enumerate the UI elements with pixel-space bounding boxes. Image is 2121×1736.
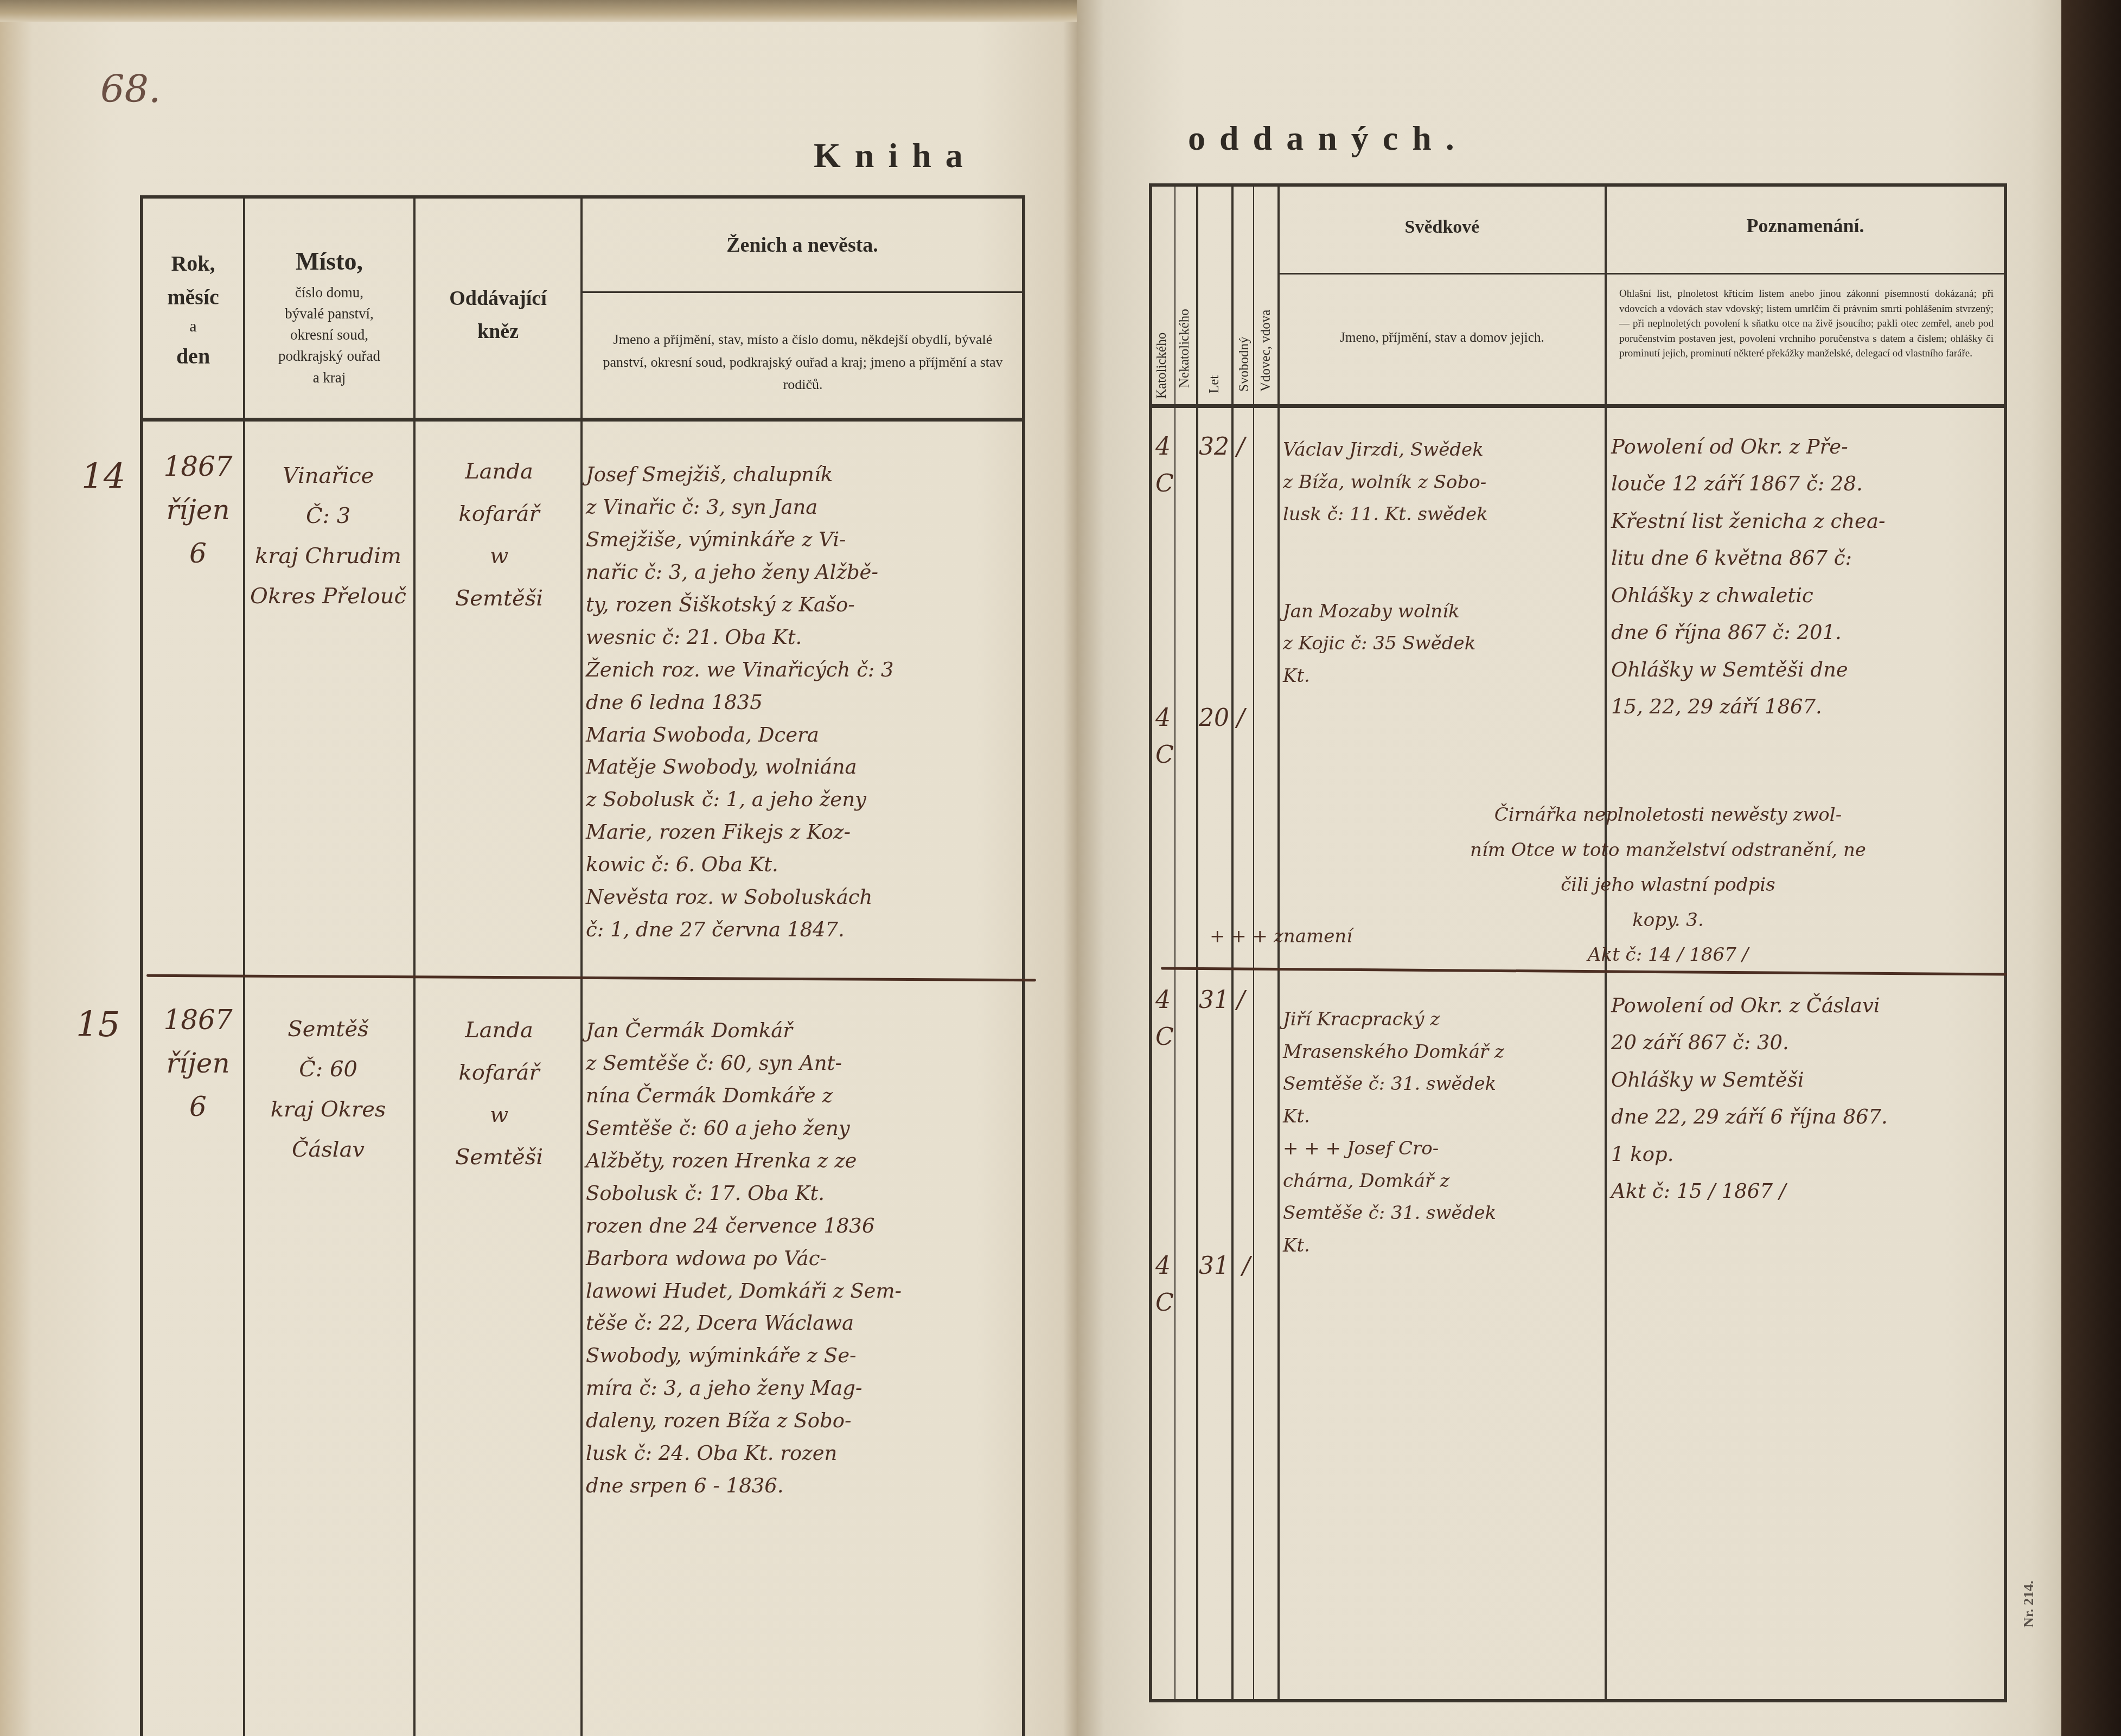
left-col-divider-1 [243,199,245,1736]
entry-14-number: 14 [81,450,125,504]
entry-15-notes: Powolení od Okr. z Čáslavi 20 září 867 č… [1611,987,2002,1210]
entry-14-cross-mark: + + + znamení [1210,922,1352,951]
entry-15-priest: Landa kofarář w Semtěši [418,1009,580,1178]
header-groom-bride-title: Ženich a nevěsta. [583,233,1022,257]
header-notes-title: Poznamenání. [1607,214,2004,237]
col-nekatolicke-divider [1196,187,1198,1702]
header-date-line-4: den [143,340,243,373]
header-katolickeho: Katolického [1154,333,1170,399]
header-priest-line-1: Oddávající [416,282,580,315]
header-place-subtitle: číslo domu, bývalé panství, okresní soud… [245,282,413,388]
entry-15-bride-status: / [1242,1248,1250,1285]
entry-15-bride-age: 31 [1199,1248,1229,1285]
header-vdovec-vdova: Vdovec, vdova [1258,310,1274,392]
entry-14-bride-age: 20 [1199,700,1229,737]
left-header-divider [140,418,1025,422]
entry-15-groom-bride: Jan Čermák Domkář z Semtěše č: 60, syn A… [586,1014,1025,1502]
left-col-divider-3 [580,199,583,1736]
entry-15-number: 15 [76,998,120,1052]
entry-14-bride-religion: 4C [1155,700,1174,774]
header-witnesses-title: Svědkové [1280,217,1605,238]
header-place-sub-1: číslo domu, [245,282,413,303]
entry-15-groom-status: / [1237,982,1245,1019]
title-left: Kniha [814,136,977,176]
left-col-divider-2 [413,199,416,1736]
header-date-line-3: a [143,314,243,340]
entry-14-place: Vinařice Č: 3 kraj Chrudim Okres Přelouč [239,456,418,616]
entry-14-date: 1867 říjen 6 [155,445,241,575]
col-katolicke-divider [1174,187,1176,1702]
header-svobodny: Svobodný [1237,337,1252,392]
header-let: Let [1207,375,1222,393]
header-priest-line-2: kněz [416,315,580,348]
header-date-line-1: Rok, [143,247,243,280]
entry-14-groom-bride: Josef Smejžiš, chalupník z Vinařic č: 3,… [586,458,1025,946]
entry-14-witnesses: Václav Jirzdi, Swědek z Bíža, wolník z S… [1283,434,1603,692]
header-nekatolickeho: Nekatolického [1177,309,1192,388]
header-notes-subtitle: Ohlašní list, plnoletost křticím listem … [1619,286,1994,361]
print-stamp: Nr. 214. [2021,1581,2037,1627]
title-right: oddaných. [1188,118,1468,158]
header-place-sub-3: okresní soud, [245,324,413,346]
header-groom-bride-subtitle: Jmeno a příjmění, stav, místo a číslo do… [602,328,1004,396]
page-number: 68. [100,60,161,119]
entry-14-groom-age: 32 [1199,429,1229,465]
entry-15-witnesses: Jiří Kracpracký z Mrasenského Domkář z S… [1283,1004,1603,1262]
entry-14-bride-status: / [1237,700,1245,737]
left-table-frame [140,195,1025,1736]
header-place-sub-4: podkrajský ouřad [245,346,413,367]
header-priest: Oddávající kněz [416,282,580,348]
entry-15-date: 1867 říjen 6 [155,998,241,1128]
header-date-line-2: měsíc [143,280,243,314]
book-edge-top [0,0,1077,22]
right-subheader-divider [1280,273,2004,275]
groom-header-divider [583,291,1022,293]
entry-14-groom-religion: 4C [1155,429,1174,502]
header-witnesses-subtitle: Jmeno, příjmění, stav a domov jejich. [1280,328,1605,348]
entry-14-notes: Powolení od Okr. z Pře- louče 12 září 18… [1611,429,2002,726]
entry-14-groom-status: / [1237,429,1245,465]
entry-15-groom-religion: 4C [1155,982,1174,1056]
entry-15-place: Semtěš Č: 60 kraj Okres Čáslav [239,1009,418,1170]
entry-14-consent-note: Čirnářka neplnoletosti newěsty zwol- ním… [1334,797,2002,973]
entry-15-bride-religion: 4C [1155,1248,1174,1322]
entry-14-priest: Landa kofarář w Semtěši [418,450,580,620]
header-place-sub-2: bývalé panství, [245,303,413,324]
header-place-sub-5: a kraj [245,367,413,388]
entry-15-groom-age: 31 [1199,982,1229,1019]
header-place-title: Místo, [245,247,413,276]
header-date: Rok, měsíc a den [143,247,243,373]
book-cover [2061,0,2121,1736]
